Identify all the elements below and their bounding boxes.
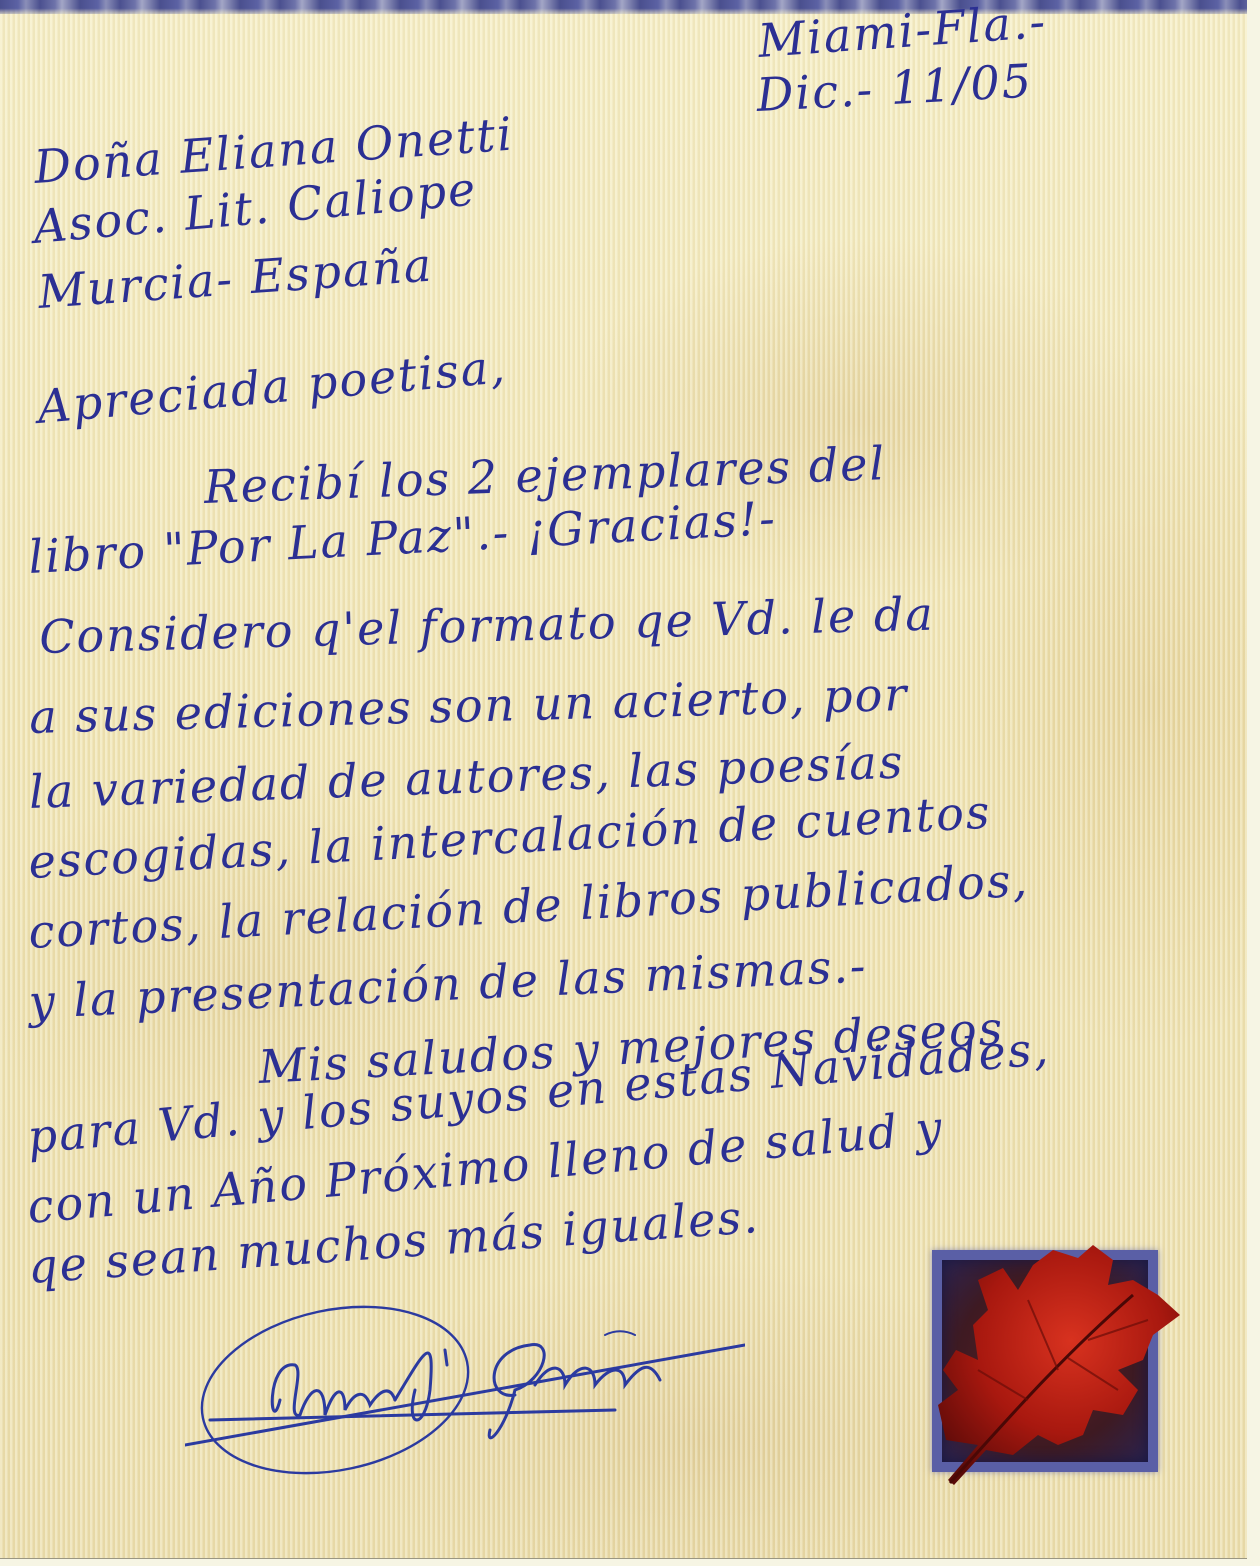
painted-top-edge: [0, 0, 1247, 14]
signature: Manuel J. Gerardo: [185, 1290, 745, 1480]
maple-leaf-icon: [918, 1240, 1190, 1490]
